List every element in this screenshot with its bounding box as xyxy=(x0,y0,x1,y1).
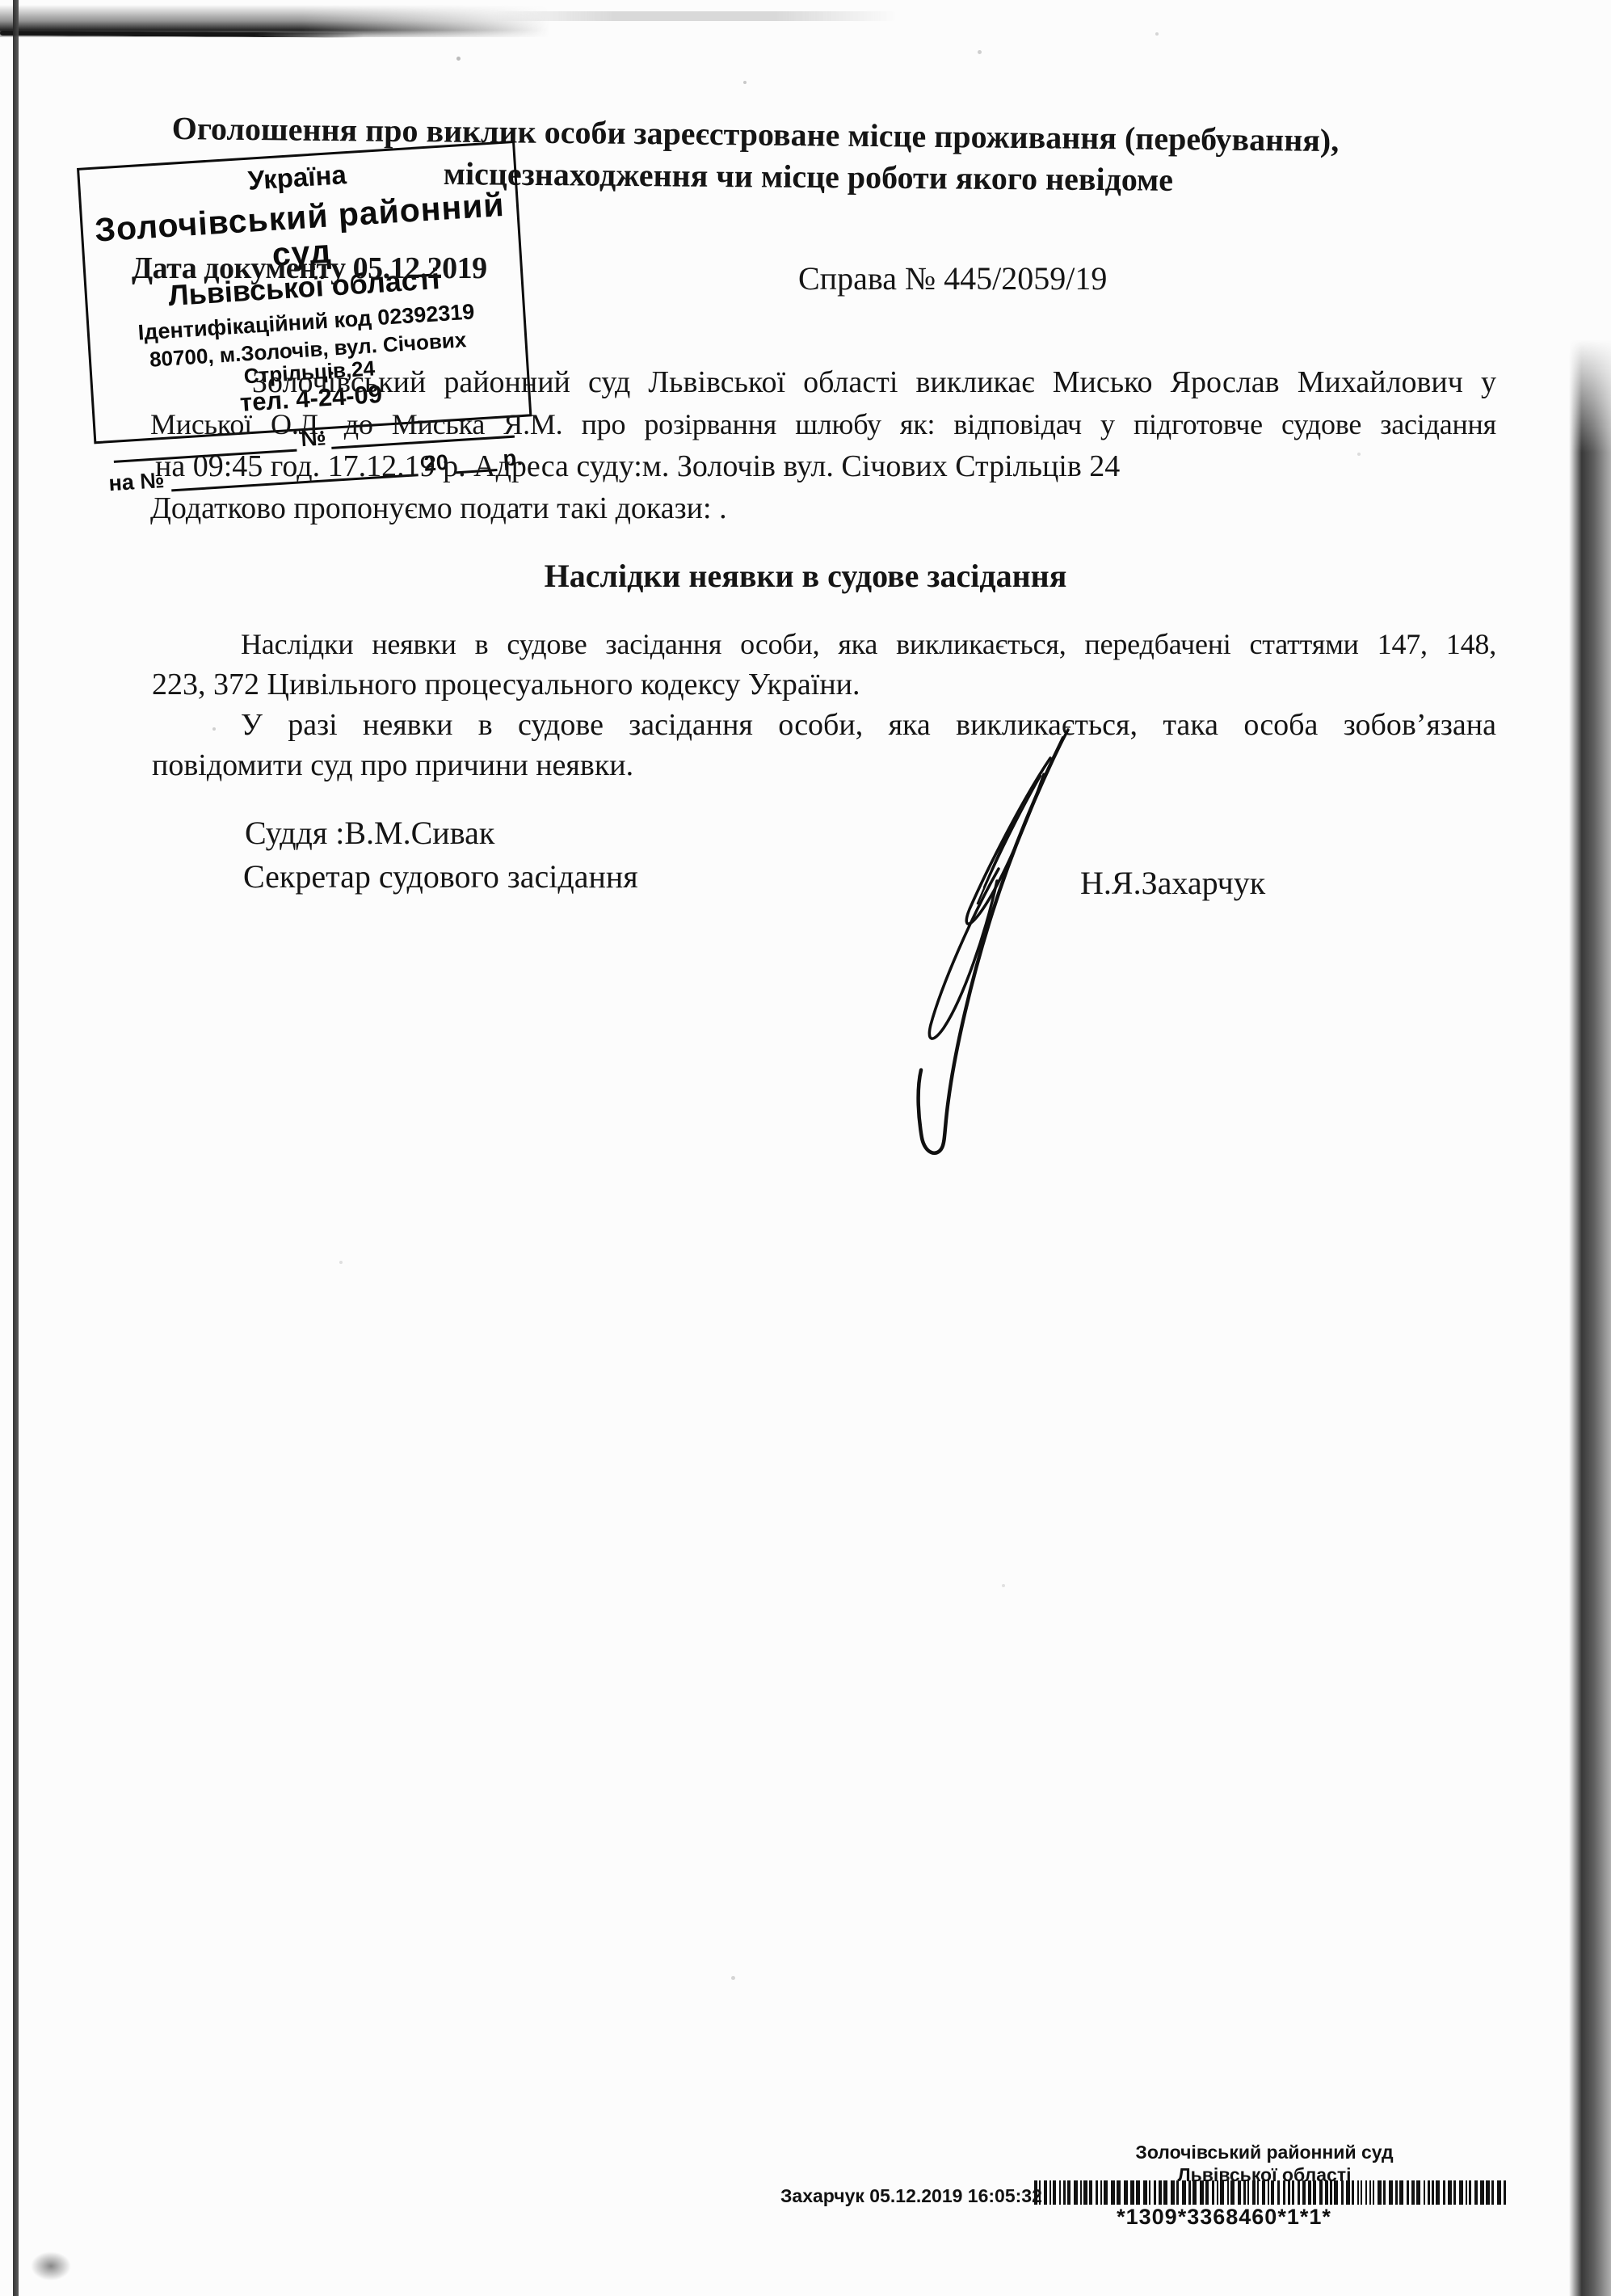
body-line-4: Додатково пропонуємо подати такі докази:… xyxy=(150,490,727,527)
body-line-1: Золочівський районний суд Львівської обл… xyxy=(252,364,1496,401)
secretary-label: Секретар судового засідання xyxy=(243,858,638,895)
footer-court-line1: Золочівський районний суд xyxy=(1022,2142,1507,2163)
body-line-3: на 09:45 год. 17.12.19 р. Адреса суду:м.… xyxy=(155,448,1120,485)
scan-artifact-bottom-left xyxy=(31,2252,71,2281)
scan-artifact-top-faint xyxy=(493,11,897,21)
scan-artifact-left-edge xyxy=(13,0,19,2296)
consequences-p1-line2: 223, 372 Цивільного процесуального кодек… xyxy=(152,666,860,703)
consequences-p2-line2: повідомити суд про причини неявки. xyxy=(152,747,633,784)
handwritten-signature xyxy=(832,711,1091,1180)
typed-document-date: Дата документу 05.12.2019 xyxy=(132,251,487,286)
scan-artifact-right-edge xyxy=(1569,339,1611,2296)
case-number: Справа № 445/2059/19 xyxy=(798,260,1107,297)
body-line-2: Миської О.Л. до Миська Я.М. про розірван… xyxy=(150,406,1496,443)
document-title-line2: місцезнаходження чи місце роботи якого н… xyxy=(444,155,1174,199)
consequences-heading: Наслідки неявки в судове засідання xyxy=(0,558,1611,595)
barcode-text: *1309*3368460*1*1* xyxy=(1095,2205,1353,2230)
scanned-court-document-page: Оголошення про виклик особи зареєстрован… xyxy=(0,0,1611,2296)
judge-line: Суддя :В.М.Сивак xyxy=(245,815,494,852)
barcode xyxy=(1034,2180,1507,2205)
consequences-p1-line1: Наслідки неявки в судове засідання особи… xyxy=(241,626,1496,663)
footer-timestamp: Захарчук 05.12.2019 16:05:32 xyxy=(780,2185,1042,2207)
secretary-name: Н.Я.Захарчук xyxy=(1080,865,1265,902)
